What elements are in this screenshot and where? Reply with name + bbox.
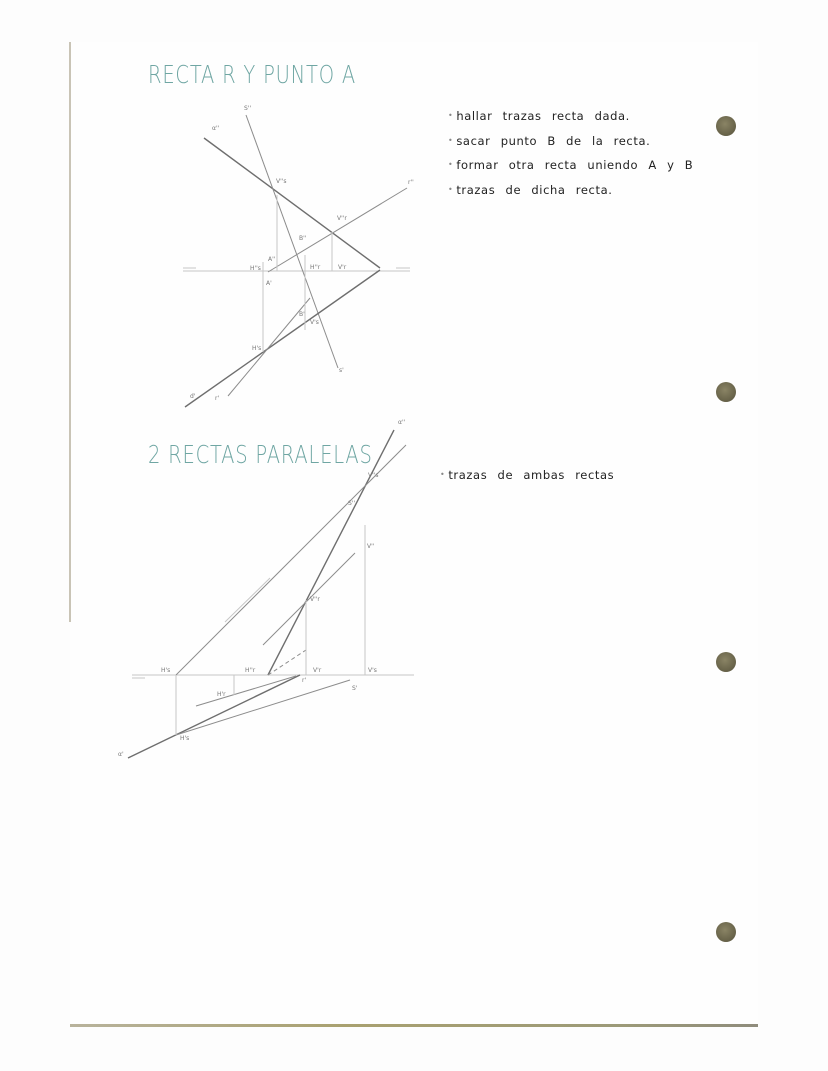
label: H's xyxy=(161,667,170,674)
label: r' xyxy=(302,677,306,684)
label: H's xyxy=(180,735,189,742)
label: V'r xyxy=(313,667,322,674)
label: H''r xyxy=(245,667,256,674)
label: V'' xyxy=(367,543,375,550)
label: H'r xyxy=(217,691,226,698)
label: V''s xyxy=(368,472,379,479)
label: V's xyxy=(368,667,377,674)
notebook-page: RECTA R Y PUNTO A hallar trazas recta da… xyxy=(0,0,828,1071)
label: V''r xyxy=(310,596,320,603)
label: S'' xyxy=(348,500,355,507)
label: α'' xyxy=(398,419,406,426)
label: α' xyxy=(118,751,124,758)
diagram-rectas-paralelas: α'' S'' V''s V'' V''r H's H''r V'r V's H… xyxy=(0,0,828,1071)
label: S' xyxy=(352,685,358,692)
